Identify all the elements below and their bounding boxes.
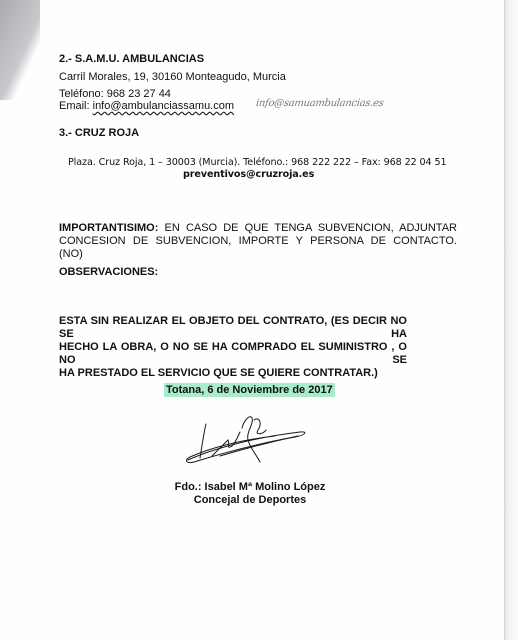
important-label: IMPORTANTISIMO: [59,222,158,234]
page-edge-shadow [504,0,518,640]
page-corner-fold [0,0,40,100]
section-2-phone: Teléfono: 968 23 27 44 [59,88,171,100]
observations-label: OBSERVACIONES: [59,266,158,278]
contract-line-3: HA PRESTADO EL SERVICIO QUE SE QUIERE CO… [59,367,407,380]
handwritten-signature [180,410,310,470]
section-3-heading: 3.- CRUZ ROJA [59,127,139,139]
contract-line-1: ESTA SIN REALIZAR EL OBJETO DEL CONTRATO… [59,315,407,341]
email-struck-out: info@ambulanciassamu.com [93,100,234,112]
contract-note: ESTA SIN REALIZAR EL OBJETO DEL CONTRATO… [59,315,407,380]
important-line-3: (NO) [59,248,457,261]
signer-role: Concejal de Deportes [150,494,350,506]
section-3-address: Plaza. Cruz Roja, 1 – 30003 (Murcia). Te… [68,157,447,168]
signed-by: Fdo.: Isabel Mª Molino López [150,481,350,493]
email-label: Email: [59,100,93,112]
important-line-2: CONCESION DE SUBVENCION, IMPORTE Y PERSO… [59,235,457,248]
section-2-address: Carril Morales, 19, 30160 Monteagudo, Mu… [59,71,286,83]
date-line: Totana, 6 de Noviembre de 2017 [164,384,335,396]
important-notice: IMPORTANTISIMO: EN CASO DE QUE TENGA SUB… [59,222,457,261]
section-2-email: Email: info@ambulanciassamu.com [59,100,234,112]
handwritten-email-correction: info@samuambulancias.es [255,98,384,109]
section-3-email: preventivos@cruzroja.es [183,169,314,180]
document-page: 2.- S.A.M.U. AMBULANCIAS Carril Morales,… [0,0,518,640]
contract-line-2: HECHO LA OBRA, O NO SE HA COMPRADO EL SU… [59,341,407,367]
date-highlight: Totana, 6 de Noviembre de 2017 [164,383,335,397]
important-line-1: EN CASO DE QUE TENGA SUBVENCION, ADJUNTA… [158,222,457,234]
section-2-heading: 2.- S.A.M.U. AMBULANCIAS [59,53,204,65]
